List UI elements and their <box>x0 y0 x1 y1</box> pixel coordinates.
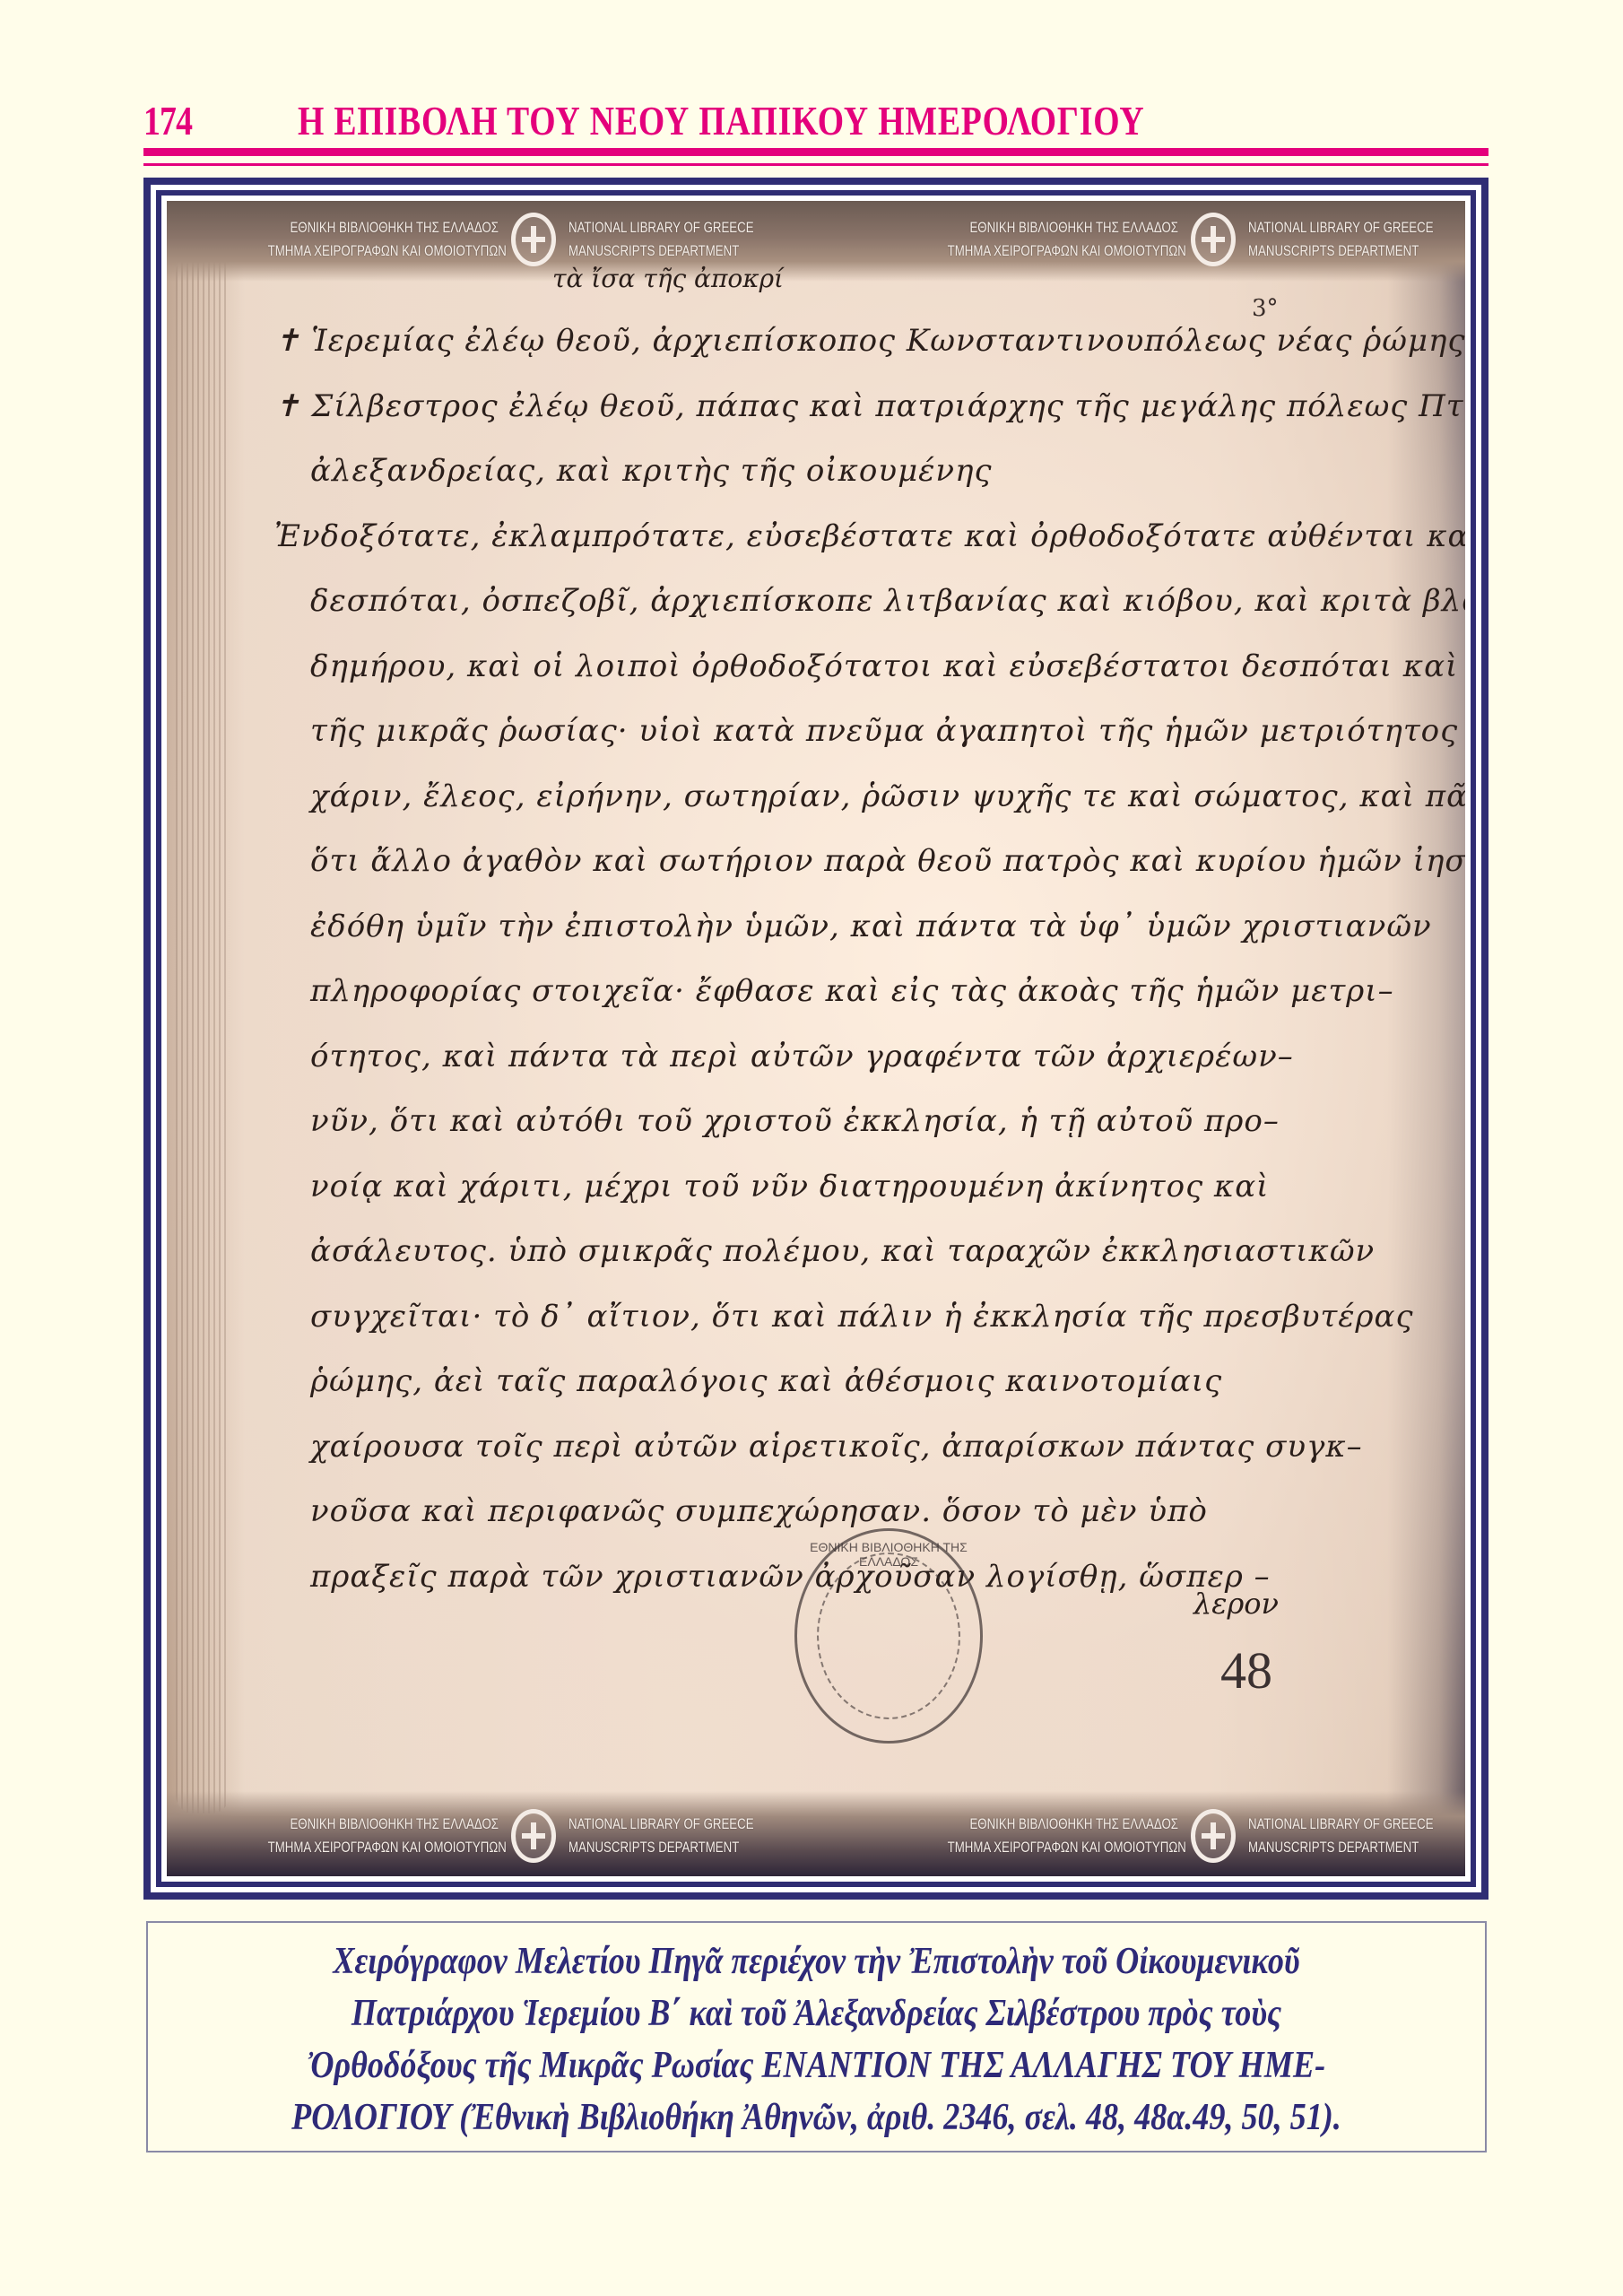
catchword: λερον <box>1193 1587 1279 1621</box>
manuscript-line: ὅτι ἄλλο ἀγαθὸν καὶ σωτήριον παρὰ θεοῦ π… <box>274 829 1465 894</box>
manuscript-line: ἐδόθη ὑμῖν τὴν ἐπιστολὴν ὑμῶν, καὶ πάντα… <box>274 894 1465 960</box>
manuscript-line: συγχεῖται· τὸ δ᾽ αἴτιον, ὅτι καὶ πάλιν ἡ… <box>274 1284 1465 1350</box>
header-rule-thick <box>143 148 1488 156</box>
watermark-greek-line1: ΕΘΝΙΚΗ ΒΙΒΛΙΟΘΗΚΗ ΤΗΣ ΕΛΛΑΔΟΣ <box>948 216 1178 239</box>
manuscript-line: ✝ Ἱερεμίας ἐλέῳ θεοῦ, ἀρχιεπίσκοπος Κωνσ… <box>274 309 1465 374</box>
watermark-greek-line2: ΤΜΗΜΑ ΧΕΙΡΟΓΡΑΦΩΝ ΚΑΙ ΟΜΟΙΟΤΥΠΩΝ <box>268 239 499 263</box>
folio-number: 48 <box>1220 1640 1272 1700</box>
caption-line: Πατριάρχου Ἱερεμίου Β΄ καὶ τοῦ Ἀλεξανδρε… <box>241 1987 1391 2039</box>
watermark-greek-line2: ΤΜΗΜΑ ΧΕΙΡΟΓΡΑΦΩΝ ΚΑΙ ΟΜΟΙΟΤΥΠΩΝ <box>948 1836 1178 1859</box>
watermark-greek-line1: ΕΘΝΙΚΗ ΒΙΒΛΙΟΘΗΚΗ ΤΗΣ ΕΛΛΑΔΟΣ <box>948 1813 1178 1836</box>
caption-line: Ὀρθοδόξους τῆς Μικρᾶς Ρωσίας ΕΝΑΝΤΙΟΝ ΤΗ… <box>241 2039 1391 2092</box>
watermark-greek-line2: ΤΜΗΜΑ ΧΕΙΡΟΓΡΑΦΩΝ ΚΑΙ ΟΜΟΙΟΤΥΠΩΝ <box>268 1836 499 1859</box>
watermark-english-line1: NATIONAL LIBRARY OF GREECE <box>568 1813 799 1836</box>
manuscript-line: ῥώμης, ἀεὶ ταῖς παραλόγοις καὶ ἀθέσμοις … <box>274 1349 1465 1414</box>
manuscript-text: ✝ Ἱερεμίας ἐλέῳ θεοῦ, ἀρχιεπίσκοπος Κωνσ… <box>274 309 1465 1609</box>
watermark-english-line1: NATIONAL LIBRARY OF GREECE <box>568 216 799 239</box>
watermark-greek-line2: ΤΜΗΜΑ ΧΕΙΡΟΓΡΑΦΩΝ ΚΑΙ ΟΜΟΙΟΤΥΠΩΝ <box>948 239 1178 263</box>
manuscript-heading: τὰ ἴσα τῆς ἀποκρί <box>552 264 784 293</box>
manuscript-line: δεσπόται, ὀσπεζοβῖ, ἀρχιεπίσκοπε λιτβανί… <box>274 569 1465 634</box>
manuscript-line: πληροφορίας στοιχεῖα· ἔφθασε καὶ εἰς τὰς… <box>274 959 1465 1024</box>
running-head: 174 Η ΕΠΙΒΟΛΗ ΤΟΥ ΝΕΟΥ ΠΑΠΙΚΟΥ ΗΜΕΡΟΛΟΓΙ… <box>143 90 1488 152</box>
caption-line: ΡΟΛΟΓΙΟΥ (Ἐθνικὴ Βιβλιοθήκη Ἀθηνῶν, ἀριθ… <box>241 2092 1391 2144</box>
image-frame: ΕΘΝΙΚΗ ΒΙΒΛΙΟΘΗΚΗ ΤΗΣ ΕΛΛΑΔΟΣ ΤΜΗΜΑ ΧΕΙΡ… <box>143 178 1488 1900</box>
manuscript-line: χάριν, ἔλεος, εἰρήνην, σωτηρίαν, ῥῶσιν ψ… <box>274 764 1465 830</box>
manuscript-line: ✝ Σίλβεστρος ἐλέῳ θεοῦ, πάπας καὶ πατριά… <box>274 374 1465 439</box>
watermark-greek-line1: ΕΘΝΙΚΗ ΒΙΒΛΙΟΘΗΚΗ ΤΗΣ ΕΛΛΑΔΟΣ <box>268 216 499 239</box>
page-number: 174 <box>143 97 192 144</box>
watermark-english-line2: MANUSCRIPTS DEPARTMENT <box>568 239 799 263</box>
watermark-greek-line1: ΕΘΝΙΚΗ ΒΙΒΛΙΟΘΗΚΗ ΤΗΣ ΕΛΛΑΔΟΣ <box>268 1813 499 1836</box>
manuscript-line: δημήρου, καὶ οἱ λοιποὶ ὀρθοδοξότατοι καὶ… <box>274 634 1465 700</box>
greek-coat-of-arms-icon <box>511 1809 556 1863</box>
watermark-english-line2: MANUSCRIPTS DEPARTMENT <box>1248 239 1465 263</box>
watermark-english-line1: NATIONAL LIBRARY OF GREECE <box>1248 1813 1465 1836</box>
greek-coat-of-arms-icon <box>1191 213 1236 266</box>
stamp-label: ΕΘΝΙΚΗ ΒΙΒΛΙΟΘΗΚΗ ΤΗΣ ΕΛΛΑΔΟΣ <box>797 1540 980 1569</box>
manuscript-line: χαίρουσα τοῖς περὶ αὐτῶν αἱρετικοῖς, ἀπα… <box>274 1414 1465 1480</box>
watermark-english-line2: MANUSCRIPTS DEPARTMENT <box>568 1836 799 1859</box>
manuscript-line: νῦν, ὅτι καὶ αὐτόθι τοῦ χριστοῦ ἐκκλησία… <box>274 1089 1465 1154</box>
manuscript-line: ἀλεξανδρείας, καὶ κριτὴς τῆς οἰκουμένης <box>274 439 1465 504</box>
manuscript-line: ότητος, καὶ πάντα τὰ περὶ αὐτῶν γραφέντα… <box>274 1024 1465 1090</box>
caption-line: Χειρόγραφον Μελετίου Πηγᾶ περιέχον τὴν Ἐ… <box>241 1935 1391 1987</box>
library-stamp: ΕΘΝΙΚΗ ΒΙΒΛΙΟΘΗΚΗ ΤΗΣ ΕΛΛΑΔΟΣ <box>794 1528 983 1744</box>
greek-coat-of-arms-icon <box>511 213 556 266</box>
watermark-band-top: ΕΘΝΙΚΗ ΒΙΒΛΙΟΘΗΚΗ ΤΗΣ ΕΛΛΑΔΟΣ ΤΜΗΜΑ ΧΕΙΡ… <box>203 212 1447 267</box>
header-rule-thin <box>143 163 1488 166</box>
watermark-english-line2: MANUSCRIPTS DEPARTMENT <box>1248 1836 1465 1859</box>
manuscript-image: ΕΘΝΙΚΗ ΒΙΒΛΙΟΘΗΚΗ ΤΗΣ ΕΛΛΑΔΟΣ ΤΜΗΜΑ ΧΕΙΡ… <box>167 201 1465 1876</box>
watermark-english-line1: NATIONAL LIBRARY OF GREECE <box>1248 216 1465 239</box>
manuscript-line: τῆς μικρᾶς ῥωσίας· υἱοὶ κατὰ πνεῦμα ἀγαπ… <box>274 699 1465 764</box>
chapter-title: Η ΕΠΙΒΟΛΗ ΤΟΥ ΝΕΟΥ ΠΑΠΙΚΟΥ ΗΜΕΡΟΛΟΓΙΟΥ <box>298 97 1144 144</box>
manuscript-line: ἀσάλευτος. ὑπὸ σμικρᾶς πολέμου, καὶ ταρα… <box>274 1219 1465 1284</box>
manuscript-line: νοίᾳ καὶ χάριτι, μέχρι τοῦ νῦν διατηρουμ… <box>274 1154 1465 1220</box>
page-stack-edge <box>176 255 230 1813</box>
manuscript-line: Ἐνδοξότατε, ἐκλαμπρότατε, εὐσεβέστατε κα… <box>274 504 1465 570</box>
figure-caption: Χειρόγραφον Μελετίου Πηγᾶ περιέχον τὴν Ἐ… <box>146 1921 1487 2152</box>
greek-coat-of-arms-icon <box>1191 1809 1236 1863</box>
watermark-band-bottom: ΕΘΝΙΚΗ ΒΙΒΛΙΟΘΗΚΗ ΤΗΣ ΕΛΛΑΔΟΣ ΤΜΗΜΑ ΧΕΙΡ… <box>203 1808 1447 1864</box>
